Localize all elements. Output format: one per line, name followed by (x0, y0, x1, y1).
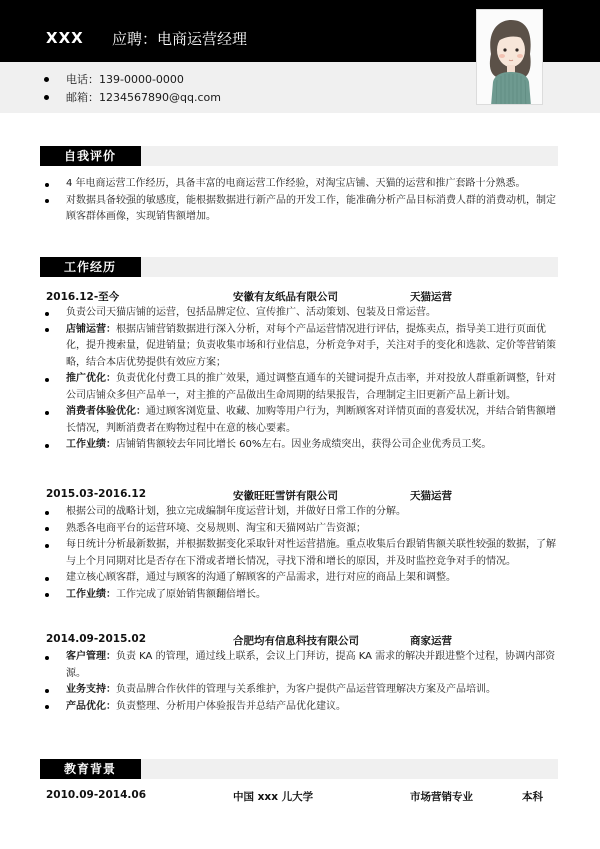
job-header: 2015.03-2016.12 安徽旺旺雪饼有限公司 天猫运营 (46, 488, 556, 504)
bullet-icon (44, 95, 49, 100)
list-item: 推广优化：负责优化付费工具的推广效果，通过调整直通车的关键词提升点击率，并对投放… (44, 371, 556, 404)
item-text: 根据公司的战略计划，独立完成编制年度运营计划，并做好日常工作的分解。 (66, 506, 406, 517)
edu-major: 市场营销专业 (410, 789, 473, 804)
list-item: 每日统计分析最新数据，并根据数据变化采取针对性运营措施。重点收集后台跟销售额关联… (44, 537, 556, 570)
profile-photo (476, 9, 543, 105)
job-company: 合肥均有信息科技有限公司 (233, 633, 359, 648)
avatar-icon (477, 10, 543, 105)
list-item: 工作业绩：工作完成了原始销售额翻倍增长。 (44, 587, 556, 604)
list-item: 根据公司的战略计划，独立完成编制年度运营计划，并做好日常工作的分解。 (44, 504, 556, 521)
item-text: 负责整理、分析用户体验报告并总结产品优化建议。 (116, 701, 346, 712)
section-title: 教育背景 (40, 759, 141, 779)
list-item: 店铺运营：根据店铺营销数据进行深入分析，对每个产品运营情况进行评估，提炼卖点，指… (44, 322, 556, 372)
list-item: 对数据具备较强的敏感度，能根据数据进行新产品的开发工作，能准确分析产品目标消费人… (44, 193, 556, 226)
section-header-education: 教育背景 (40, 759, 558, 779)
edu-degree: 本科 (522, 789, 543, 804)
job-duties: 负责公司天猫店铺的运营，包括品牌定位、宣传推广、活动策划、包装及日常运营。 店铺… (44, 305, 556, 454)
contact-value: 1234567890@qq.com (99, 91, 221, 104)
candidate-name: XXX (46, 29, 84, 47)
item-text: 负责公司天猫店铺的运营，包括品牌定位、宣传推广、活动策划、包装及日常运营。 (66, 307, 436, 318)
bullet-icon (44, 77, 49, 82)
list-item: 负责公司天猫店铺的运营，包括品牌定位、宣传推广、活动策划、包装及日常运营。 (44, 305, 556, 322)
contact-phone: 电话： 139-0000-0000 (44, 71, 184, 87)
item-text: 工作完成了原始销售额翻倍增长。 (116, 589, 266, 600)
job-date: 2016.12-至今 (46, 289, 119, 304)
education-row: 2010.09-2014.06 中国 xxx 儿大学 市场营销专业 本科 (46, 789, 556, 805)
list-item: 业务支持：负责品牌合作伙伴的管理与关系维护，为客户提供产品运营管理解决方案及产品… (44, 682, 556, 699)
item-label: 产品优化： (66, 701, 116, 712)
job-duties: 根据公司的战略计划，独立完成编制年度运营计划，并做好日常工作的分解。 熟悉各电商… (44, 504, 556, 603)
item-label: 推广优化： (66, 373, 116, 384)
list-item: 工作业绩：店铺销售额较去年同比增长 60%左右。因业务成绩突出，获得公司企业优秀… (44, 437, 556, 454)
item-label: 工作业绩： (66, 589, 116, 600)
job-date: 2015.03-2016.12 (46, 488, 146, 500)
self-eval-list: 4 年电商运营工作经历，具备丰富的电商运营工作经验，对淘宝店铺、天猫的运营和推广… (44, 176, 556, 226)
item-label: 业务支持： (66, 684, 116, 695)
list-item: 产品优化：负责整理、分析用户体验报告并总结产品优化建议。 (44, 699, 556, 716)
item-text: 负责优化付费工具的推广效果，通过调整直通车的关键词提升点击率，并对投放人群重新调… (66, 373, 556, 401)
section-header-work: 工作经历 (40, 257, 558, 277)
job-date: 2014.09-2015.02 (46, 633, 146, 645)
item-text: 负责 KA 的管理，通过线上联系，会议上门拜访，提高 KA 需求的解决并跟进整个… (66, 651, 555, 679)
item-label: 工作业绩： (66, 439, 116, 450)
contact-label: 邮箱： (66, 89, 99, 105)
item-text: 根据店铺营销数据进行深入分析，对每个产品运营情况进行评估，提炼卖点，指导美工进行… (66, 324, 556, 368)
job-company: 安徽旺旺雪饼有限公司 (233, 488, 338, 503)
item-text: 建立核心顾客群，通过与顾客的沟通了解顾客的产品需求，进行对应的商品上架和调整。 (66, 572, 456, 583)
item-text: 负责品牌合作伙伴的管理与关系维护，为客户提供产品运营管理解决方案及产品培训。 (116, 684, 496, 695)
section-title: 工作经历 (40, 257, 141, 277)
list-item: 4 年电商运营工作经历，具备丰富的电商运营工作经验，对淘宝店铺、天猫的运营和推广… (44, 176, 556, 193)
section-header-self-eval: 自我评价 (40, 146, 558, 166)
job-role: 天猫运营 (410, 488, 452, 503)
job-role: 商家运营 (410, 633, 452, 648)
item-text: 每日统计分析最新数据，并根据数据变化采取针对性运营措施。重点收集后台跟销售额关联… (66, 539, 556, 567)
section-title: 自我评价 (40, 146, 141, 166)
item-text: 店铺销售额较去年同比增长 60%左右。因业务成绩突出，获得公司企业优秀员工奖。 (116, 439, 491, 450)
item-label: 消费者体验优化： (66, 406, 146, 417)
list-item: 客户管理：负责 KA 的管理，通过线上联系，会议上门拜访，提高 KA 需求的解决… (44, 649, 556, 682)
edu-date: 2010.09-2014.06 (46, 789, 146, 801)
contact-value: 139-0000-0000 (99, 73, 184, 86)
item-label: 店铺运营： (66, 324, 116, 335)
edu-school: 中国 xxx 儿大学 (233, 789, 313, 804)
job-role: 天猫运营 (410, 289, 452, 304)
job-duties: 客户管理：负责 KA 的管理，通过线上联系，会议上门拜访，提高 KA 需求的解决… (44, 649, 556, 715)
item-label: 客户管理： (66, 651, 116, 662)
list-item: 消费者体验优化：通过顾客浏览量、收藏、加购等用户行为，判断顾客对详情页面的喜爱状… (44, 404, 556, 437)
job-header: 2016.12-至今 安徽有友纸品有限公司 天猫运营 (46, 289, 556, 305)
contact-label: 电话： (66, 71, 99, 87)
item-text: 熟悉各电商平台的运营环境、交易规则、淘宝和天猫网站广告资源； (66, 523, 366, 534)
contact-email: 邮箱： 1234567890@qq.com (44, 89, 221, 105)
apply-position: 应聘：电商运营经理 (112, 28, 247, 49)
list-item: 熟悉各电商平台的运营环境、交易规则、淘宝和天猫网站广告资源； (44, 521, 556, 538)
list-item: 建立核心顾客群，通过与顾客的沟通了解顾客的产品需求，进行对应的商品上架和调整。 (44, 570, 556, 587)
job-header: 2014.09-2015.02 合肥均有信息科技有限公司 商家运营 (46, 633, 556, 649)
job-company: 安徽有友纸品有限公司 (233, 289, 338, 304)
